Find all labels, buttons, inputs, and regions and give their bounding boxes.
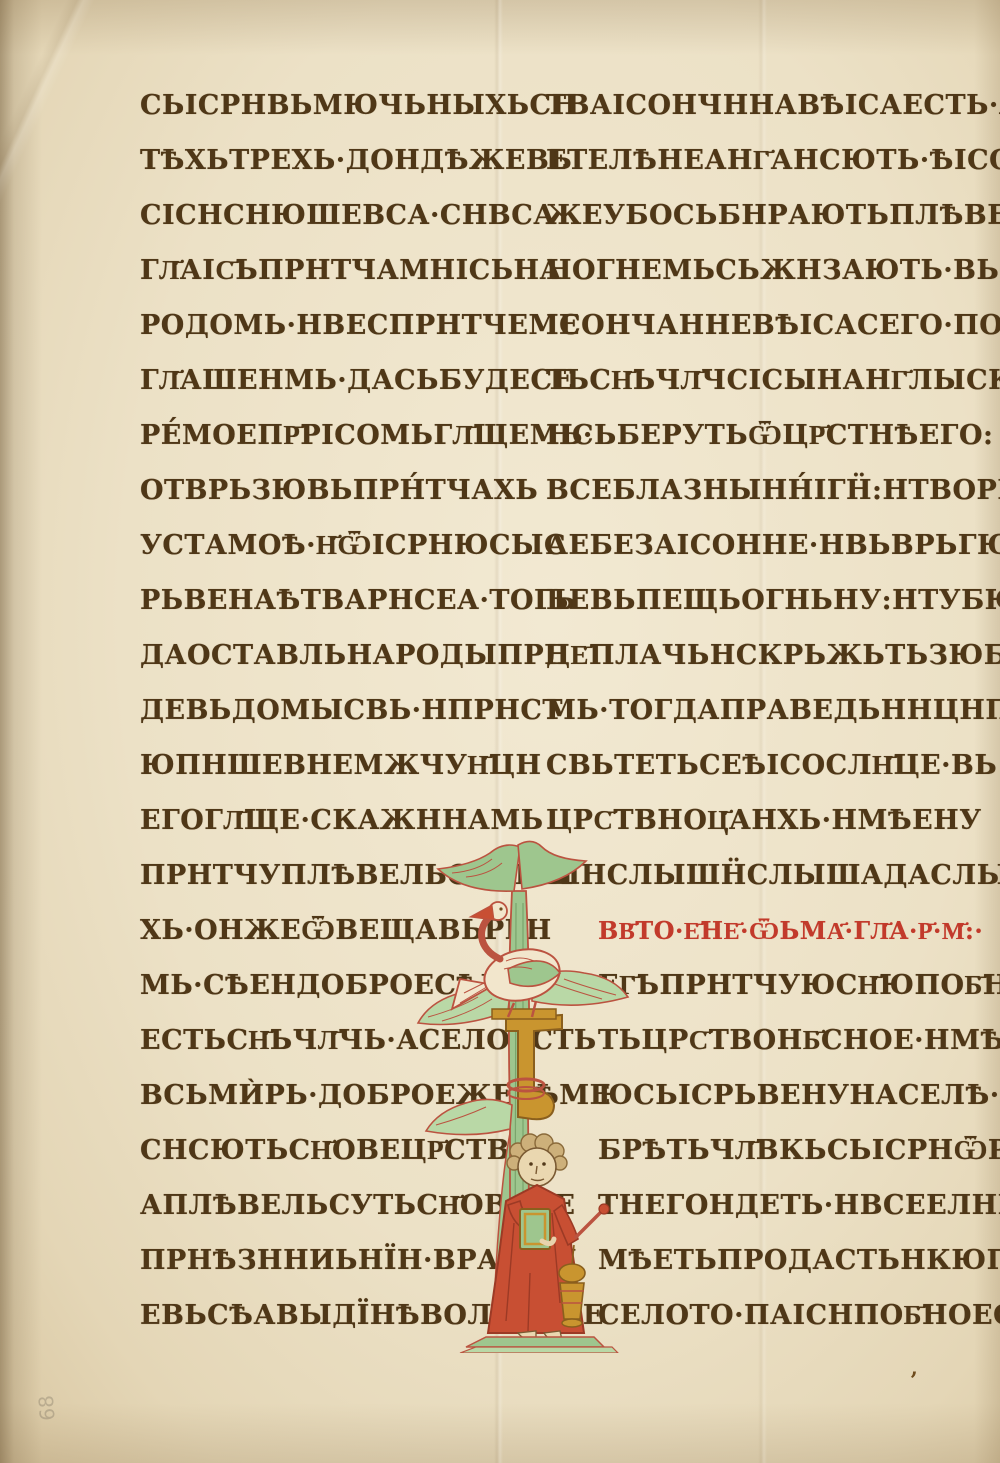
text-line: ЕСТЬСН҃ЬЧЛ҃ЧЬ·АСЕЛОЕСТЬ (140, 1013, 535, 1068)
ink-flourish-mark: ’ (910, 1368, 918, 1394)
text-line: СВЬТЕТЬСЕѢІСОСЛН҃ЦЕ·ВЬ (546, 738, 976, 793)
left-text-column: СЬІСРНВЬМЮЧЬНЫХЬСН ТѢХЬТРЕХЬ·ДОНДѢЖЕВЬ С… (140, 78, 535, 1343)
text-line: БРѢТЬЧЛ҃ВКЬСЬІСРНѾРАДОС (546, 1123, 976, 1178)
text-line: СНСЮТЬСН҃ОВЕЦР҃СТВНѢ (140, 1123, 535, 1178)
text-line: СЬІСРНВЬМЮЧЬНЫХЬСН (140, 78, 535, 133)
text-line: ПРНѢЗННИЬНЇН·ВРАГЬЖ (140, 1233, 535, 1288)
rubric-line: ВВ҃ТО·Е҃НЕ҃·ѾЬМА҃·ГЛ҃А·Р҃·М҃:· (546, 903, 976, 958)
text-line: ВСЕБЛАЗНЫНН́ІГН̈:НТВОРЕЩ (546, 463, 976, 518)
text-line: ЖЕУБОСЬБНРАЮТЬПЛѢВЕЛЫ· (546, 188, 976, 243)
text-line: ТВАІСОНЧННАВѢІСАЕСТЬ·АЖ (546, 78, 976, 133)
text-line: ОТВРЬЗЮВЬПРН́ТЧАХЬ (140, 463, 535, 518)
text-line: ЦРС҃ТВНОЦ҃АНХЬ·НМѢЕНУ (546, 793, 976, 848)
text-line: ВСЬМЍРЬ·ДОБРОЕЖЕСѢМЕ (140, 1068, 535, 1123)
text-line: АЕБЕЗАІСОННЕ·НВЬВРЬГЮТ (546, 518, 976, 573)
text-line: НОГНЕМЬСЬЖНЗАЮТЬ·ВЬСЬ (546, 243, 976, 298)
text-line: ШНСЛЫШН̈СЛЫШАДАСЛЫШЇ· (546, 848, 976, 903)
text-line: ГЛ҃АШЕНМЬ·ДАСЬБУДЕСЕ (140, 353, 535, 408)
text-line: ІСОНЧАННЕВѢІСАСЕГО·ПОСЛЕ (546, 298, 976, 353)
text-line: ЮПНШЕВНЕМЖЧУН҃ЦН (140, 738, 535, 793)
text-line: ЕТЕЛѢНЕАНГ҃АНСЮТЬ·ѢІСО (546, 133, 976, 188)
text-line: УСТАМОѢ·Н҃ѾІСРНЮСЫС (140, 518, 535, 573)
text-line: ГЛ҃АІС҃ЬПРНТЧАМНІСЬНА (140, 243, 535, 298)
text-line: МЬ·ТОГДАПРАВЕДЬННЦНПРО (546, 683, 976, 738)
text-line: ДЕВЬДОМЫСВЬ·НПРНСТ (140, 683, 535, 738)
text-line: ЕВЬСѢАВЫДЇНѢВОЛЬ·АЖЕ (140, 1288, 535, 1343)
text-line: ТЬСН҃ЬЧЛ҃ЧСІСЫНАНГ҃ЛЫСКОЕ: (546, 353, 976, 408)
right-text-column: ТВАІСОНЧННАВѢІСАЕСТЬ·АЖ ЕТЕЛѢНЕАНГ҃АНСЮТ… (546, 78, 976, 1343)
text-line: РОДОМЬ·НВЕСПРНТЧЕМЕ (140, 298, 535, 353)
text-line: ТЬЦРС҃ТВОНБ҃СНОЕ·НМѢНН (546, 1013, 976, 1068)
text-line: СІСНСНЮШЕВСА·СНВСА (140, 188, 535, 243)
text-line: ТѢХЬТРЕХЬ·ДОНДѢЖЕВЬ (140, 133, 535, 188)
text-line: НСЬБЕРУТЬѾЦР҃СТНѢЕГО: (546, 408, 976, 463)
text-line: МѢЕТЬПРОДАСТЬНКЮПНТЬ (546, 1233, 976, 1288)
text-line: ЕГ҃ЬПРНТЧУЮСН҃ЮПОБ҃НОЕС (546, 958, 976, 1013)
text-line: ЮСЬІСРЬВЕНУНАСЕЛѢ·ЕЖЕО (546, 1068, 976, 1123)
manuscript-page: СЬІСРНВЬМЮЧЬНЫХЬСН ТѢХЬТРЕХЬ·ДОНДѢЖЕВЬ С… (0, 0, 1000, 1463)
text-line: ХЬ·ОНЖЕѾВЕЩАВЬРЕ́Н (140, 903, 535, 958)
text-line: ЕГОГЛ҃ЩЕ·СКАЖННАМЬ (140, 793, 535, 848)
pencil-folio-number: 68 (34, 1394, 60, 1421)
text-line: МЬ·СѢЕНДОБРОЕСѢМЕСН (140, 958, 535, 1013)
text-line: ПРНТЧУПЛѢВЕЛЬСЕЛНЫ (140, 848, 535, 903)
text-line: РЬВЕНАѢТВАРНСЕА·ТОГЬ (140, 573, 535, 628)
text-line: СЕЛОТО·ПАІСНПОБ҃НОЕСТЬ (546, 1288, 976, 1343)
text-line: РЕ́МОЕПР҃РІСОМЬГЛ҃ЩЕМЬ· (140, 408, 535, 463)
text-line: ТНЕГОНДЕТЬ·НВСЕЕЛНІСОН (546, 1178, 976, 1233)
text-line: ДЕ҃ПЛАЧЬНСКРЬЖЬТЬЗЮБО (546, 628, 976, 683)
text-line: АПЛѢВЕЛЬСУТЬСН҃ОВЕНЕ (140, 1178, 535, 1233)
text-line: ДАОСТАВЛЬНАРОДЫПРН (140, 628, 535, 683)
text-line: ЬЕВЬПЕЩЬОГНЬНУ:НТУБЮ (546, 573, 976, 628)
